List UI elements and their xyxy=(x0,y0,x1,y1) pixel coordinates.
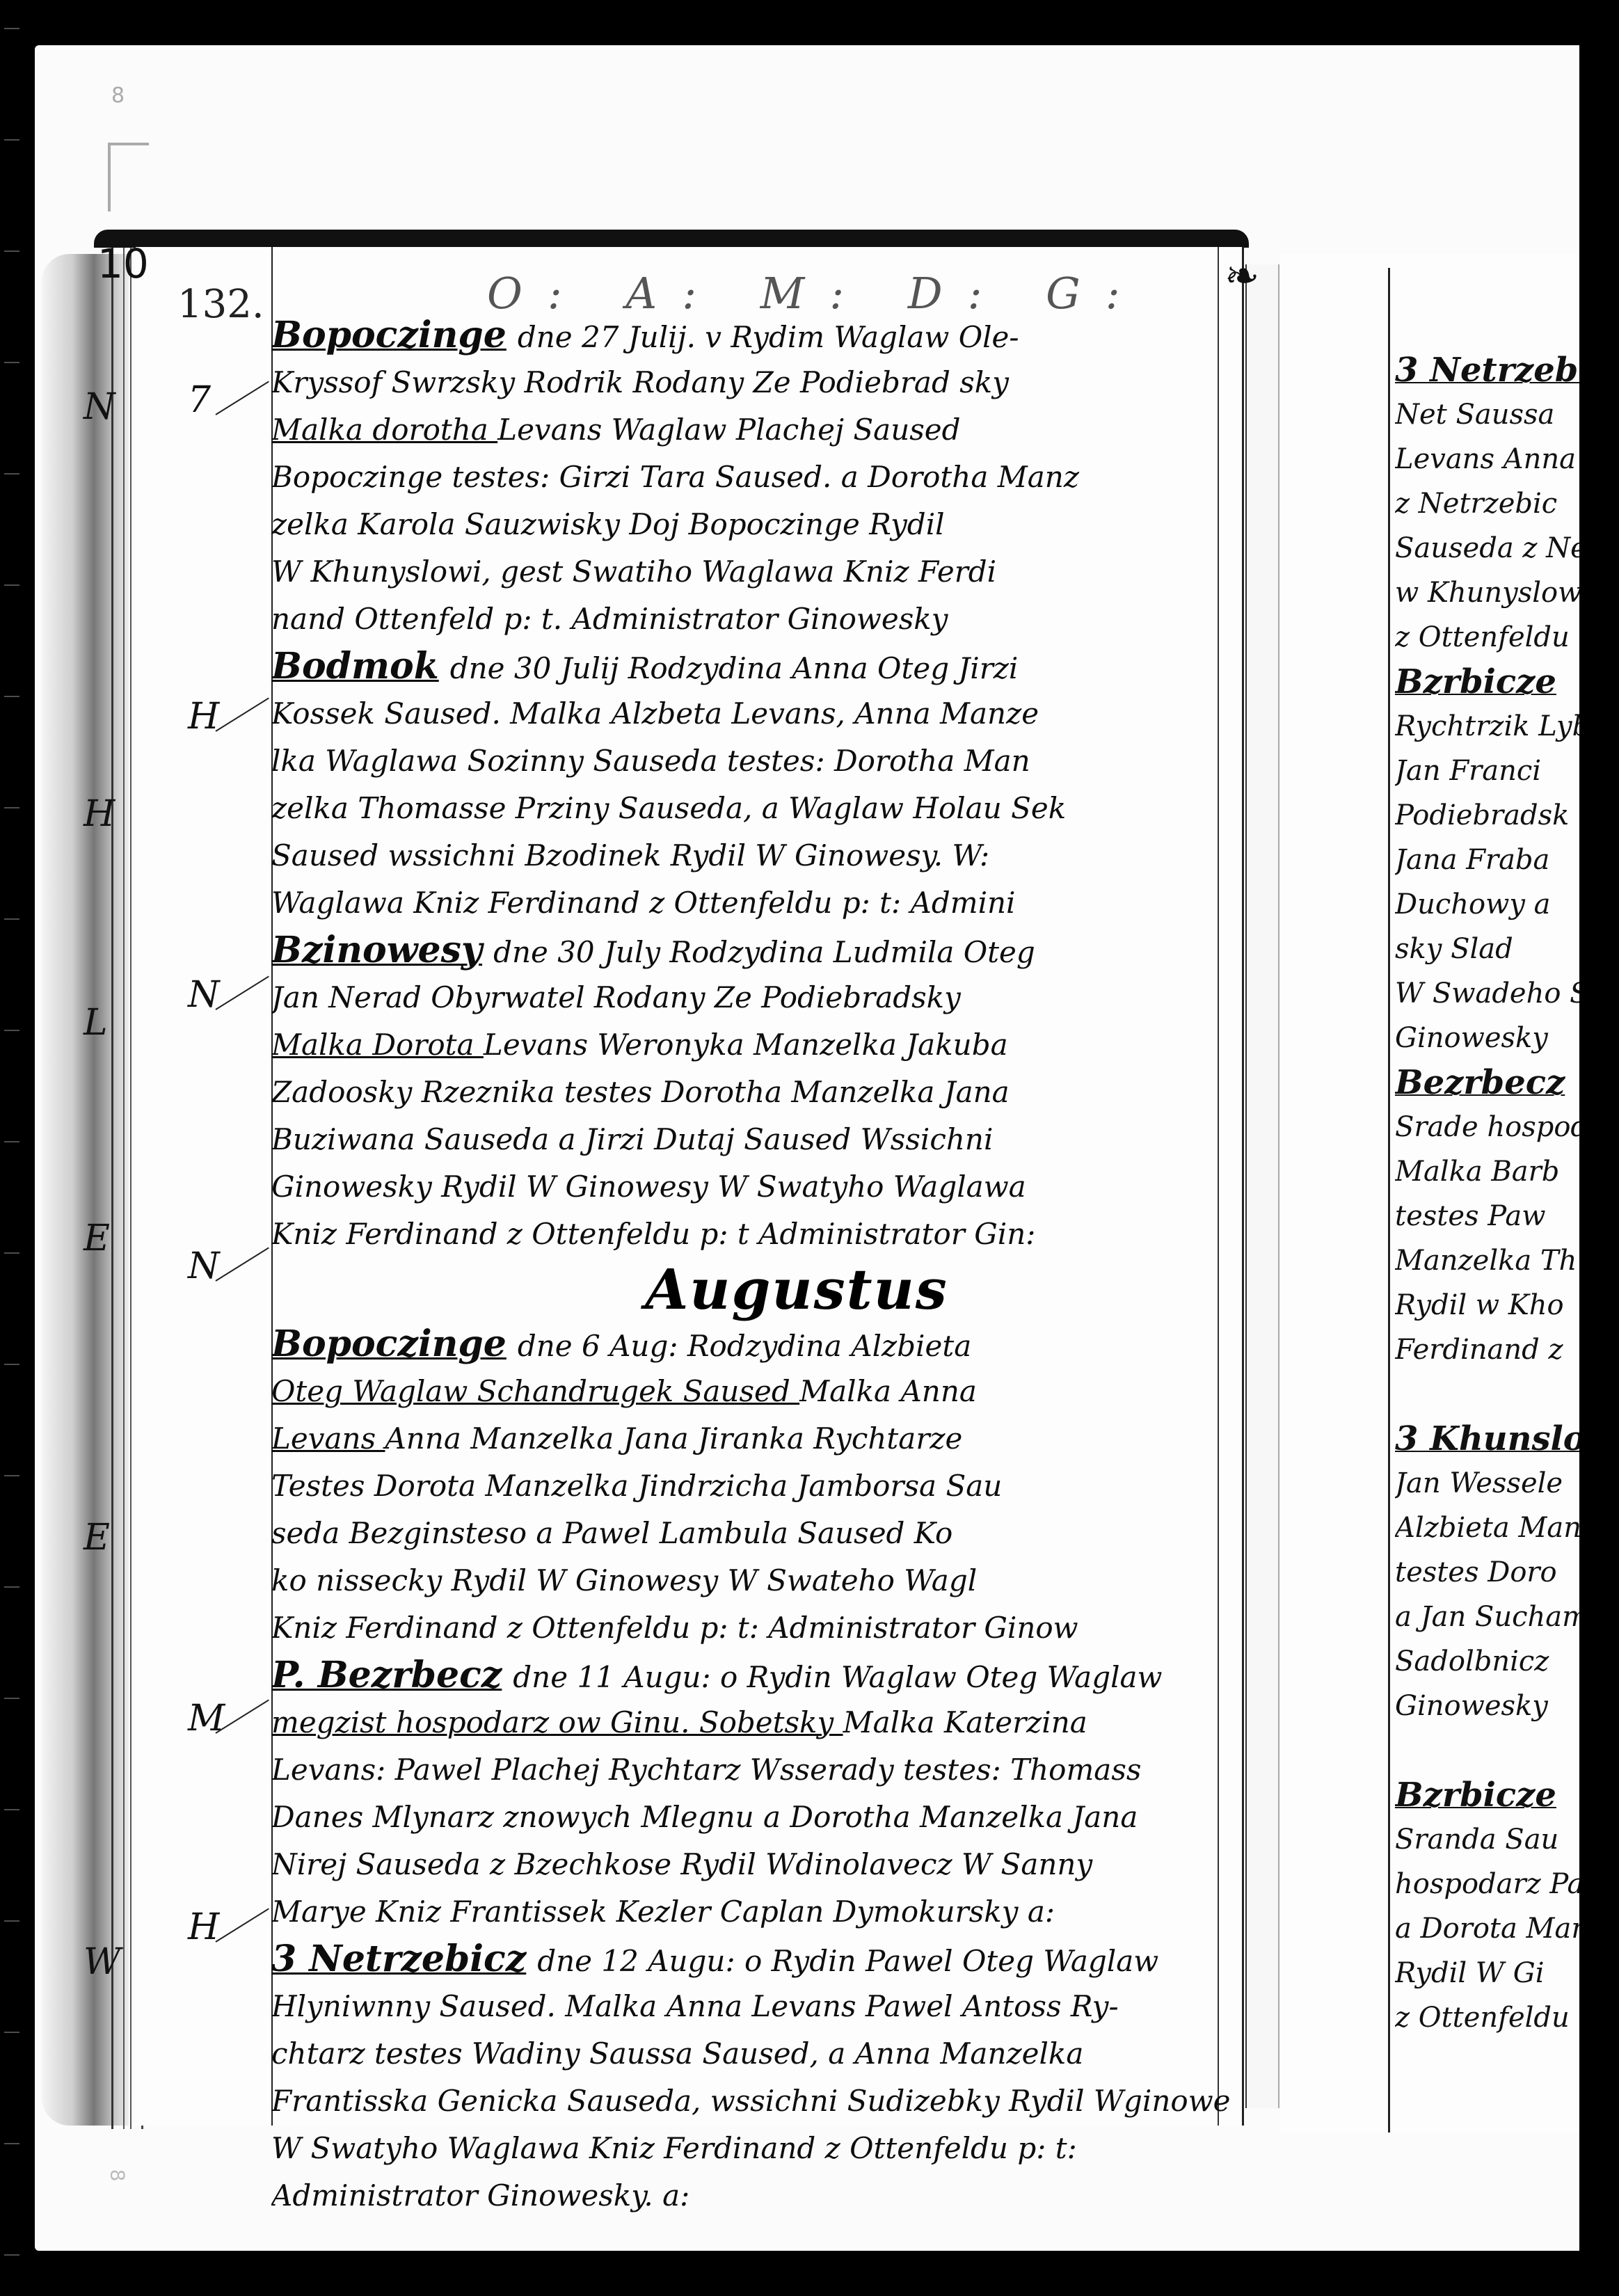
entry-text: Marye Kniz Frantissek Kezler Caplan Dymo… xyxy=(271,1895,1055,1929)
entry-line: P. Bezrbeczdne 11 Augu: o Rydin Waglaw O… xyxy=(271,1652,1238,1699)
entry-text: chtarz testes Wadiny Saussa Saused, a An… xyxy=(271,2036,1083,2071)
right-page-entry-line: z Ottenfeldu xyxy=(1395,615,1579,660)
film-tick xyxy=(4,1586,19,1588)
entry-line: Bopoczinge testes: Girzi Tara Saused. a … xyxy=(271,454,1238,501)
register-entry: Bodmokdne 30 Julij Rodzydina Anna Oteg J… xyxy=(271,643,1238,927)
entry-line: Levans: Pawel Plachej Rychtarz Wsserady … xyxy=(271,1746,1238,1794)
right-page-entry-line: hospodarz Paw xyxy=(1395,1862,1579,1906)
entry-text: Jan Nerad Obyrwatel Rodany Ze Podiebrads… xyxy=(271,980,961,1014)
right-page-entry-line: testes Paw xyxy=(1395,1194,1579,1238)
book-top-edge xyxy=(94,230,1249,248)
entry-line: Kniz Ferdinand z Ottenfeldu p: t: Admini… xyxy=(271,1604,1238,1652)
entry-text: Malka dorotha xyxy=(271,413,497,447)
entry-line: ko nissecky Rydil W Ginowesy W Swateho W… xyxy=(271,1557,1238,1604)
entry-line: Oteg Waglaw Schandrugek Saused Malka Ann… xyxy=(271,1368,1238,1415)
entry-text: Levans xyxy=(271,1421,385,1456)
right-page-entry-line: sky Slad xyxy=(1395,927,1579,971)
right-page-entry-line: Srade hospod xyxy=(1395,1105,1579,1149)
entry-place: Bzinowesy xyxy=(271,929,482,971)
entry-line: Malka dorotha Levans Waglaw Plachej Saus… xyxy=(271,406,1238,454)
right-page-spacer xyxy=(1395,1372,1579,1417)
entry-line: zelka Karola Sauzwisky Doj Bopoczinge Ry… xyxy=(271,501,1238,548)
right-page-entry-line: Ginowesky xyxy=(1395,1016,1579,1060)
entry-text: Oteg Waglaw Schandrugek Saused xyxy=(271,1374,799,1408)
right-page-entry-line: Jan Franci xyxy=(1395,749,1579,793)
right-page-entry-line: W Swadeho Sau xyxy=(1395,971,1579,1016)
right-page-entry-line: Jana Fraba xyxy=(1395,838,1579,882)
entry-text: Zadoosky Rzeznika testes Dorotha Manzelk… xyxy=(271,1075,1010,1109)
margin-note: N xyxy=(188,974,220,1016)
entry-line: Kossek Saused. Malka Alzbeta Levans, Ann… xyxy=(271,690,1238,738)
film-tick xyxy=(4,918,19,920)
entry-text: Danes Mlynarz znowych Mlegnu a Dorotha M… xyxy=(271,1800,1138,1834)
entry-line: Buziwana Sauseda a Jirzi Dutaj Saused Ws… xyxy=(271,1116,1238,1163)
right-page-entry-place: Bzrbicze xyxy=(1395,660,1579,704)
right-page-entry-place: 3 Netrzebic xyxy=(1395,348,1579,392)
entry-line: Kniz Ferdinand z Ottenfeldu p: t Adminis… xyxy=(271,1211,1238,1258)
entry-text: zelka Thomasse Prziny Sauseda, a Waglaw … xyxy=(271,791,1066,825)
right-page-entry-place: 3 Khunslow xyxy=(1395,1417,1579,1461)
register-entry: Bopoczingedne 27 Julij. v Rydim Waglaw O… xyxy=(271,312,1238,643)
right-page-entry-line: Levans Anna xyxy=(1395,437,1579,481)
right-page-spacer xyxy=(1395,1728,1579,1773)
entry-line: Nirej Sauseda z Bzechkose Rydil Wdinolav… xyxy=(271,1841,1238,1888)
entry-line: 3 Netrzebiczdne 12 Augu: o Rydin Pawel O… xyxy=(271,1936,1238,1983)
entry-line: Zadoosky Rzeznika testes Dorotha Manzelk… xyxy=(271,1069,1238,1116)
entry-text: Kossek Saused. Malka Alzbeta Levans, Ann… xyxy=(271,696,1039,731)
entry-line: Bopoczingedne 27 Julij. v Rydim Waglaw O… xyxy=(271,312,1238,359)
entry-text: W Swatyho Waglawa Kniz Ferdinand z Otten… xyxy=(271,2131,1077,2165)
right-page-entry-line: Net Saussa xyxy=(1395,392,1579,437)
right-page-entry-line: Rydil w Kho xyxy=(1395,1283,1579,1328)
register-entry: P. Bezrbeczdne 11 Augu: o Rydin Waglaw O… xyxy=(271,1652,1238,1936)
film-tick xyxy=(4,2254,19,2256)
entry-text: Malka Anna xyxy=(799,1374,977,1408)
right-page-entry-line: Rychtrzik Lyb xyxy=(1395,704,1579,749)
entry-place: Bopoczinge xyxy=(271,1323,507,1365)
entry-text: dne 30 Julij Rodzydina Anna Oteg Jirzi xyxy=(450,651,1019,685)
entry-text: seda Bezginsteso a Pawel Lambula Saused … xyxy=(271,1516,952,1550)
entry-line: Frantisska Genicka Sauseda, wssichni Sud… xyxy=(271,2078,1238,2125)
film-tick xyxy=(4,807,19,808)
entry-line: zelka Thomasse Prziny Sauseda, a Waglaw … xyxy=(271,785,1238,832)
film-tick xyxy=(4,28,19,29)
entry-line: Kryssof Swrzsky Rodrik Rodany Ze Podiebr… xyxy=(271,359,1238,406)
month-heading: Augustus xyxy=(271,1258,1238,1321)
right-page-entry-line: Duchowy a xyxy=(1395,882,1579,927)
film-tick xyxy=(4,1364,19,1365)
scan-right-border xyxy=(1579,45,1619,2296)
entry-line: lka Waglawa Sozinny Sauseda testes: Doro… xyxy=(271,738,1238,785)
entry-line: Bopoczingedne 6 Aug: Rodzydina Alzbieta xyxy=(271,1321,1238,1368)
entry-text: Buziwana Sauseda a Jirzi Dutaj Saused Ws… xyxy=(271,1122,993,1156)
right-page-entry-line: Rydil W Gi xyxy=(1395,1951,1579,1995)
entry-line: W Khunyslowi, gest Swatiho Waglawa Kniz … xyxy=(271,548,1238,596)
film-tick xyxy=(4,696,19,697)
register-entry: 3 Netrzebiczdne 12 Augu: o Rydin Pawel O… xyxy=(271,1936,1238,2219)
scan-frame-label: 8 xyxy=(111,83,125,108)
entry-text: dne 12 Augu: o Rydin Pawel Oteg Waglaw xyxy=(537,1944,1158,1978)
margin-note: 7 xyxy=(188,379,211,421)
entry-text: Hlyniwnny Saused. Malka Anna Levans Pawe… xyxy=(271,1989,1119,2023)
right-page-entry-line: a Jan Sucham xyxy=(1395,1595,1579,1639)
right-page-entry-line: Ginowesky xyxy=(1395,1684,1579,1728)
entry-text: megzist hospodarz ow Ginu. Sobetsky xyxy=(271,1705,843,1739)
month-heading-block: Augustus xyxy=(271,1258,1238,1321)
film-tick xyxy=(4,362,19,363)
right-page-entry-line: w Khunyslow xyxy=(1395,571,1579,615)
film-tick xyxy=(4,1920,19,1922)
entry-text: Malka Dorota xyxy=(271,1028,484,1062)
right-page-entry-line: a Dorota Man xyxy=(1395,1906,1579,1951)
film-tick xyxy=(4,1698,19,1699)
right-page-entry-line: Sranda Sau xyxy=(1395,1817,1579,1862)
entry-line: Hlyniwnny Saused. Malka Anna Levans Pawe… xyxy=(271,1983,1238,2030)
register-entry: Bzinowesydne 30 July Rodzydina Ludmila O… xyxy=(271,927,1238,1258)
entry-line: seda Bezginsteso a Pawel Lambula Saused … xyxy=(271,1510,1238,1557)
entry-text: Frantisska Genicka Sauseda, wssichni Sud… xyxy=(271,2084,1231,2118)
entry-line: Ginowesky Rydil W Ginowesy W Swatyho Wag… xyxy=(271,1163,1238,1211)
margin-note: H xyxy=(188,1906,219,1948)
entry-text: Levans xyxy=(484,1028,597,1062)
right-page-entry-line: Sadolbnicz xyxy=(1395,1639,1579,1684)
entry-text: Weronyka Manzelka Jakuba xyxy=(597,1028,1007,1062)
film-tick xyxy=(4,2032,19,2033)
entry-text: Saused wssichni Bzodinek Rydil W Ginowes… xyxy=(271,838,989,872)
scan-frame-label-bottom: 8 xyxy=(106,2169,129,2182)
right-page-entry-place: Bzrbicze xyxy=(1395,1773,1579,1817)
margin-note: M xyxy=(188,1698,225,1739)
margin-note: L xyxy=(83,1002,108,1044)
right-page-entry-line: Manzelka Th xyxy=(1395,1238,1579,1283)
entry-text: lka Waglawa Sozinny Sauseda testes: Doro… xyxy=(271,744,1030,778)
entry-line: Danes Mlynarz znowych Mlegnu a Dorotha M… xyxy=(271,1794,1238,1841)
right-page-margin-rule xyxy=(1388,268,1390,2132)
entry-text: dne 27 Julij. v Rydim Waglaw Ole- xyxy=(518,320,1019,354)
entry-line: chtarz testes Wadiny Saussa Saused, a An… xyxy=(271,2030,1238,2078)
entry-line: Bodmokdne 30 Julij Rodzydina Anna Oteg J… xyxy=(271,643,1238,690)
entry-text: Nirej Sauseda z Bzechkose Rydil Wdinolav… xyxy=(271,1847,1092,1881)
margin-note: E xyxy=(83,1517,110,1558)
entry-place: 3 Netrzebicz xyxy=(271,1938,526,1980)
entry-text: Bopoczinge testes: Girzi Tara Saused. a … xyxy=(271,460,1079,494)
film-tick xyxy=(4,1252,19,1254)
entry-text: nand Ottenfeld p: t. Administrator Ginow… xyxy=(271,602,948,636)
crop-corner-mark xyxy=(108,143,149,212)
entry-text: zelka Karola Sauzwisky Doj Bopoczinge Ry… xyxy=(271,507,945,541)
register-entry: Bopoczingedne 6 Aug: Rodzydina AlzbietaO… xyxy=(271,1321,1238,1652)
entry-place: P. Bezrbecz xyxy=(271,1654,502,1696)
right-page-entry-line: z Netrzebic xyxy=(1395,481,1579,526)
entry-text: Ginowesky Rydil W Ginowesy W Swatyho Wag… xyxy=(271,1170,1026,1204)
entry-line: Malka Dorota Levans Weronyka Manzelka Ja… xyxy=(271,1021,1238,1069)
film-tick xyxy=(4,1030,19,1031)
film-edge xyxy=(0,0,28,2296)
film-tick xyxy=(4,2143,19,2144)
entry-text: dne 11 Augu: o Rydin Waglaw Oteg Waglaw xyxy=(513,1660,1162,1694)
entry-text: Malka Katerzina xyxy=(843,1705,1087,1739)
book-gutter xyxy=(1245,264,1279,2108)
entry-line: W Swatyho Waglawa Kniz Ferdinand z Otten… xyxy=(271,2125,1238,2172)
margin-note: E xyxy=(83,1218,110,1259)
entry-line: Jan Nerad Obyrwatel Rodany Ze Podiebrads… xyxy=(271,974,1238,1021)
right-page-entry-line: Jan Wessele xyxy=(1395,1461,1579,1506)
entry-line: Testes Dorota Manzelka Jindrzicha Jambor… xyxy=(271,1462,1238,1510)
right-page-entry-line: Sauseda z Ne xyxy=(1395,526,1579,571)
entry-line: nand Ottenfeld p: t. Administrator Ginow… xyxy=(271,596,1238,643)
right-page-entry-line: Podiebradsk xyxy=(1395,793,1579,838)
entry-text: Kniz Ferdinand z Ottenfeldu p: t Adminis… xyxy=(271,1217,1035,1251)
register-entries: Bopoczingedne 27 Julij. v Rydim Waglaw O… xyxy=(271,278,1238,2219)
right-page-entry-line: z Ottenfeldu xyxy=(1395,1995,1579,2040)
right-page-entry-line: Alzbieta Man xyxy=(1395,1506,1579,1550)
margin-note: H xyxy=(188,696,219,738)
entry-line: Bzinowesydne 30 July Rodzydina Ludmila O… xyxy=(271,927,1238,974)
margin-note: N xyxy=(188,1245,220,1287)
entry-place: Bodmok xyxy=(271,645,439,687)
film-tick xyxy=(4,250,19,252)
entry-line: Administrator Ginowesky. a: xyxy=(271,2172,1238,2219)
entry-text: Levans Waglaw Plachej Saused xyxy=(497,413,960,447)
film-tick xyxy=(4,1475,19,1476)
entry-text: Levans: Pawel Plachej Rychtarz Wsserady … xyxy=(271,1753,1141,1787)
right-page-entry-line: Ferdinand z xyxy=(1395,1328,1579,1372)
right-page-fragment: 3 NetrzebicNet SaussaLevans Annaz Netrze… xyxy=(1395,348,1579,2040)
entry-text: Kniz Ferdinand z Ottenfeldu p: t: Admini… xyxy=(271,1611,1078,1645)
right-page-entry-line: Malka Barb xyxy=(1395,1149,1579,1194)
film-tick xyxy=(4,1809,19,1810)
entry-text: ko nissecky Rydil W Ginowesy W Swateho W… xyxy=(271,1563,977,1597)
margin-note: W xyxy=(83,1941,120,1983)
entry-line: megzist hospodarz ow Ginu. Sobetsky Malk… xyxy=(271,1699,1238,1746)
entry-text: W Khunyslowi, gest Swatiho Waglawa Kniz … xyxy=(271,555,996,589)
film-tick xyxy=(4,139,19,141)
right-page-entry-line: testes Doro xyxy=(1395,1550,1579,1595)
entry-text: Anna Manzelka Jana Jiranka Rychtarze xyxy=(385,1421,962,1456)
film-tick xyxy=(4,1141,19,1142)
entry-line: Marye Kniz Frantissek Kezler Caplan Dymo… xyxy=(271,1888,1238,1936)
folio-stamp: 10 xyxy=(97,240,149,287)
entry-text: Kryssof Swrzsky Rodrik Rodany Ze Podiebr… xyxy=(271,365,1009,399)
entry-line: Saused wssichni Bzodinek Rydil W Ginowes… xyxy=(271,832,1238,879)
entry-line: Levans Anna Manzelka Jana Jiranka Rychta… xyxy=(271,1415,1238,1462)
film-tick xyxy=(4,584,19,586)
right-page-entry-place: Bezrbecz xyxy=(1395,1060,1579,1105)
entry-text: Administrator Ginowesky. a: xyxy=(271,2178,689,2213)
entry-place: Bopoczinge xyxy=(271,314,507,356)
entry-text: dne 30 July Rodzydina Ludmila Oteg xyxy=(493,935,1035,969)
entry-text: Waglawa Kniz Ferdinand z Ottenfeldu p: t… xyxy=(271,886,1015,920)
film-tick xyxy=(4,473,19,475)
entry-text: dne 6 Aug: Rodzydina Alzbieta xyxy=(518,1329,971,1363)
entry-line: Waglawa Kniz Ferdinand z Ottenfeldu p: t… xyxy=(271,879,1238,927)
page-number: 132. xyxy=(177,282,264,327)
entry-text: Testes Dorota Manzelka Jindrzicha Jambor… xyxy=(271,1469,1002,1503)
margin-note: N xyxy=(83,386,115,428)
margin-note: H xyxy=(83,793,115,835)
